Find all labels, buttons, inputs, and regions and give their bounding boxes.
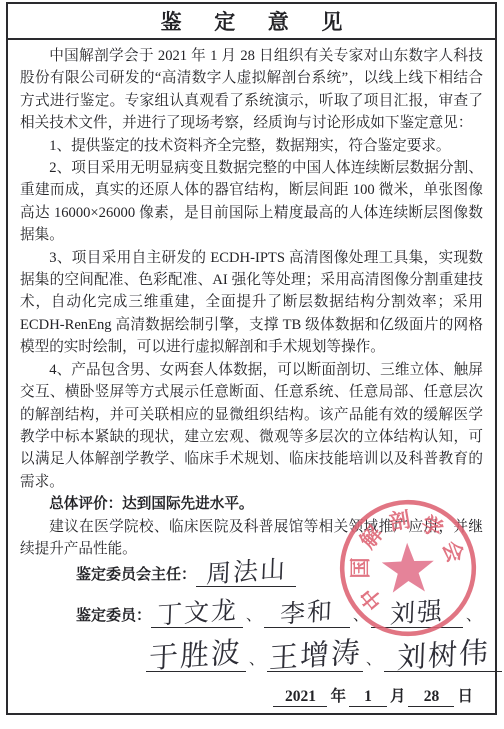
chairman-signature: 周法山 xyxy=(205,557,287,589)
signature-separator: 、 xyxy=(246,648,267,672)
paragraph-item-3: 3、项目采用自主研发的 ECDH-IPTS 高清图像处理工具集，实现数据集的空间… xyxy=(20,247,483,359)
member-signature-line: 王增涛 xyxy=(267,641,363,672)
chairman-signature-row: 鉴定委员会主任： 周法山 xyxy=(76,560,296,587)
member-signature: 于胜波 xyxy=(149,638,243,675)
member-signature: 丁文龙 xyxy=(156,598,238,630)
member-signature-line: 于胜波 xyxy=(146,641,246,672)
paragraph-item-1: 1、提供鉴定的技术资料齐全完整，数据翔实，符合鉴定要求。 xyxy=(20,135,483,157)
member-signature: 王增涛 xyxy=(268,638,362,675)
members-signature-row-1: 鉴定委员： 丁文龙 、 李和 、 刘强 、 xyxy=(76,601,484,628)
paragraph-overall-rating: 总体评价：达到国际先进水平。 xyxy=(20,493,483,515)
title-box: 鉴定意见 xyxy=(8,4,495,40)
member-signature-line: 李和 xyxy=(264,601,350,628)
signature-separator: 、 xyxy=(350,604,371,628)
paragraph-item-2: 2、项目采用无明显病变且数据完整的中国人体连续断层数据分割、重建而成，真实的还原… xyxy=(20,157,483,247)
member-signature-line: 丁文龙 xyxy=(151,601,243,628)
member-signature: 刘强 xyxy=(390,599,445,629)
member-signature: 李和 xyxy=(280,599,335,629)
paragraph-recommendation: 建议在医学院校、临床医院及科普展馆等相关领域推广应用，并继续提升产品性能。 xyxy=(20,516,483,561)
document-body: 中国解剖学会于 2021 年 1 月 28 日组织有关专家对山东数字人科技股份有… xyxy=(8,40,495,560)
scanned-appraisal-document: 鉴定意见 中国解剖学会于 2021 年 1 月 28 日组织有关专家对山东数字人… xyxy=(0,0,504,729)
paragraph-intro: 中国解剖学会于 2021 年 1 月 28 日组织有关专家对山东数字人科技股份有… xyxy=(20,45,483,135)
chairman-signature-line: 周法山 xyxy=(196,560,296,587)
date-month: 1 xyxy=(349,688,387,707)
date-year: 2021 xyxy=(273,688,327,707)
signature-separator: 、 xyxy=(463,604,484,628)
chairman-label: 鉴定委员会主任： xyxy=(76,563,196,587)
member-signature-line: 刘强 xyxy=(371,601,463,628)
member-signature: 刘树伟 xyxy=(396,638,490,675)
date-month-unit: 月 xyxy=(387,684,409,706)
signature-separator: 、 xyxy=(363,648,384,672)
member-signature-line: 刘树伟 xyxy=(384,641,502,672)
page-title: 鉴定意见 xyxy=(128,6,375,36)
signature-separator: 、 xyxy=(243,604,264,628)
date-line: 2021 年 1 月 28 日 xyxy=(273,684,476,707)
date-day: 28 xyxy=(408,688,454,707)
members-label: 鉴定委员： xyxy=(76,604,151,628)
members-signature-row-2: 于胜波 、 王增涛 、 刘树伟 xyxy=(146,641,502,672)
paragraph-item-4: 4、产品包含男、女两套人体数据，可以断面剖切、三维立体、触屏交互、横卧竖屏等方式… xyxy=(20,359,483,493)
date-day-unit: 日 xyxy=(454,684,476,706)
date-year-unit: 年 xyxy=(327,684,349,706)
